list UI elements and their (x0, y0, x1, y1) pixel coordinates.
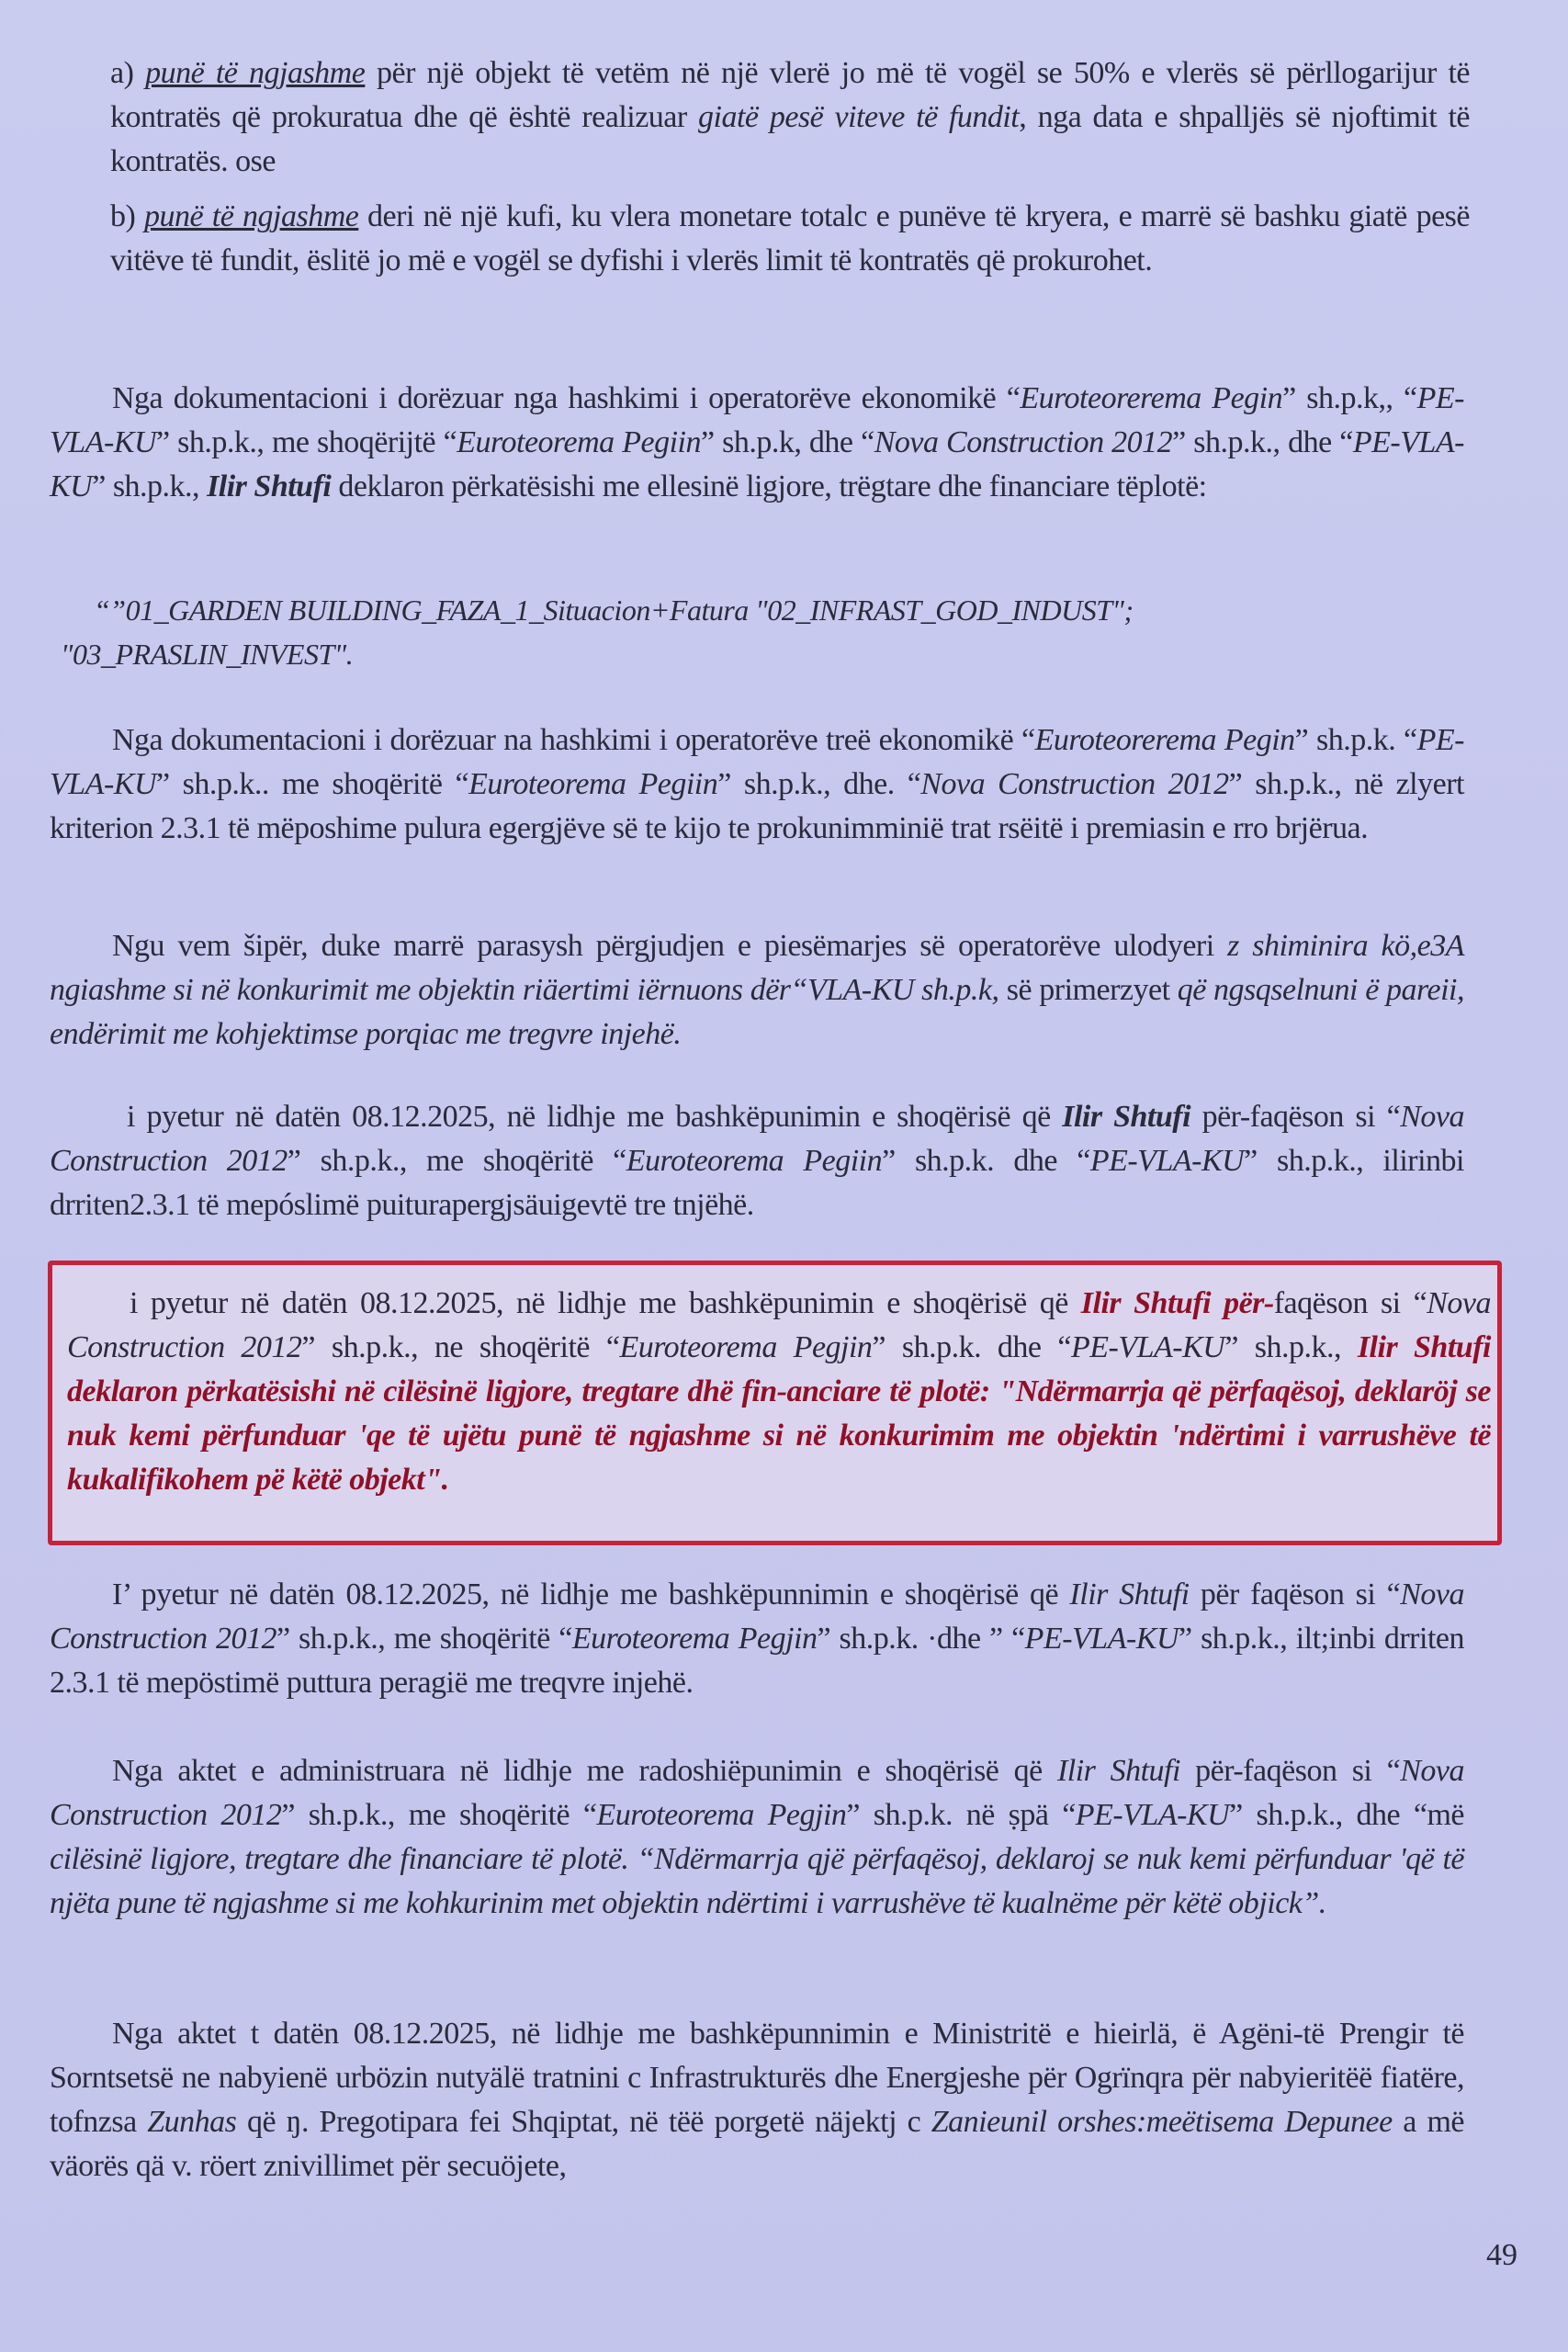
company-name: Euroteorema Pegiin (457, 425, 701, 459)
person-name: Ilir Shtufi (1069, 1577, 1189, 1611)
criterion-a-label: a) (110, 56, 133, 90)
paragraph-documentation-1: Nga dokumentacioni i dorëzuar nga hashki… (50, 377, 1464, 509)
company-name: Euroteorema Pegjin (619, 1330, 872, 1364)
company-name: PE-VLA-KU (1090, 1144, 1244, 1178)
italic-text: Zunhas (147, 2105, 236, 2139)
paragraph-inquiry-1: i pyetur në datën 08.12.2025, në lidhje … (50, 1095, 1464, 1227)
text: ” sh.p.k., me shoqëritë “ (281, 1798, 596, 1832)
criterion-a: a) punë të ngjashme për një objekt të ve… (110, 51, 1470, 184)
text: ” sh.p.k. në ṣpä “ (846, 1798, 1075, 1832)
text: ” sh.p.k., me shoqërijtë “ (156, 425, 457, 459)
italic-text: Zanieunil orshes:meëtisema Depunee (931, 2105, 1393, 2139)
text: ” sh.p.k. ·dhe ” “ (817, 1622, 1024, 1656)
text: Ngu vem šipër, duke marrë parasysh përgj… (112, 929, 1227, 963)
text: ” sh.p.k. “ (1295, 723, 1417, 757)
project-file-list: “”01_GARDEN BUILDING_FAZA_1_Situacion+Fa… (61, 588, 1475, 676)
highlighted-person-name: Ilir Shtufi për- (1081, 1286, 1274, 1320)
company-name: Euroteorema Pegjin (572, 1622, 818, 1656)
paragraph-inquiry-2: I’ pyetur në datën 08.12.2025, në lidhje… (50, 1573, 1464, 1705)
text: që ŋ. Pregotipara fei Shqiptat, në tëë p… (236, 2105, 931, 2139)
company-name: Euroteorema Pegiin (468, 767, 717, 801)
text: ” sh.p.k., dhe “ (1172, 425, 1353, 459)
document-page: a) punë të ngjashme për një objekt të ve… (0, 0, 1568, 2352)
company-name: Nova Construction 2012 (874, 425, 1172, 459)
text: Nga dokumentacioni i dorëzuar na hashkim… (112, 723, 1035, 757)
person-name: Ilir Shtufi (207, 469, 331, 503)
criterion-b: b) punë të ngjashme deri në një kufi, ku… (110, 195, 1470, 283)
company-name: Nova Construction 2012 (920, 767, 1228, 801)
text: së primerzyet (999, 973, 1178, 1007)
text: ” sh.p.k., dhe. “ (717, 767, 920, 801)
declaration-quote: cilësinë ligjore, tregtare dhe financiar… (50, 1842, 1464, 1920)
highlighted-declaration: i pyetur në datën 08.12.2025, në lidhje … (67, 1282, 1491, 1502)
text: ” sh.p.k., ne shoqëritë “ (301, 1330, 619, 1364)
criterion-b-term: punë të ngjashme (144, 199, 358, 233)
company-name: Euroteorerema Pegin (1020, 381, 1282, 415)
text: ” sh.p.k. dhe “ (872, 1330, 1071, 1364)
criterion-b-label: b) (110, 199, 135, 233)
paragraph-administered-acts: Nga aktet e administruara në lidhje me r… (50, 1749, 1464, 1926)
text: Nga aktet e administruara në lidhje me r… (112, 1754, 1057, 1788)
text: i pyetur në datën 08.12.2025, në lidhje … (127, 1100, 1062, 1134)
paragraph-ministry-acts: Nga aktet t datën 08.12.2025, në lidhje … (50, 2012, 1464, 2188)
text: ” sh.p.k., (1224, 1330, 1358, 1364)
company-name: PE-VLA-KU (1025, 1622, 1179, 1656)
company-name: PE-VLA-KU (1076, 1798, 1229, 1832)
text: ” sh.p.k.. me shoqëritë “ (156, 767, 468, 801)
text: I’ pyetur në datën 08.12.2025, në lidhje… (112, 1577, 1069, 1611)
text: Nga dokumentacioni i dorëzuar nga hashki… (112, 381, 1020, 415)
text: ” sh.p.k., me shoqëritë “ (276, 1622, 572, 1656)
text: ” sh.p.k. dhe “ (882, 1144, 1090, 1178)
company-name: Euroteorema Pegjin (596, 1798, 846, 1832)
criterion-a-term: punë të ngjashme (145, 56, 365, 90)
page-number: 49 (1486, 2238, 1517, 2273)
file-list-line-1: “”01_GARDEN BUILDING_FAZA_1_Situacion+Fa… (61, 588, 1475, 632)
text: deklaron përkatësishi me ellesinë ligjor… (331, 469, 1206, 503)
text: faqëson si “ (1274, 1286, 1427, 1320)
text: ” sh.p.k., (92, 469, 207, 503)
text: ” sh.p.k., dhe “më (1229, 1798, 1464, 1832)
text: ” sh.p.k,, “ (1282, 381, 1417, 415)
text: për-faqëson si “ (1180, 1754, 1400, 1788)
text: ” sh.p.k, dhe “ (701, 425, 874, 459)
company-name: Euroteorema Pegiin (626, 1144, 882, 1178)
company-name: PE-VLA-KU (1071, 1330, 1224, 1364)
text: i pyetur në datën 08.12.2025, në lidhje … (130, 1286, 1081, 1320)
text: ” sh.p.k., me shoqëritë “ (288, 1144, 626, 1178)
person-name: Ilir Shtufi (1057, 1754, 1180, 1788)
person-name: Ilir Shtufi (1062, 1100, 1190, 1134)
criterion-a-italic: giatë pesë viteve të fundit (698, 100, 1019, 134)
text: për-faqëson si “ (1190, 1100, 1400, 1134)
highlighted-declaration-box: i pyetur në datën 08.12.2025, në lidhje … (48, 1261, 1502, 1545)
paragraph-documentation-2: Nga dokumentacioni i dorëzuar na hashkim… (50, 718, 1464, 851)
company-name: Euroteorerema Pegin (1035, 723, 1295, 757)
file-list-line-2: "03_PRASLIN_INVEST". (61, 632, 1475, 676)
paragraph-conclusion: Ngu vem šipër, duke marrë parasysh përgj… (50, 924, 1464, 1057)
text: për faqëson si “ (1190, 1577, 1401, 1611)
